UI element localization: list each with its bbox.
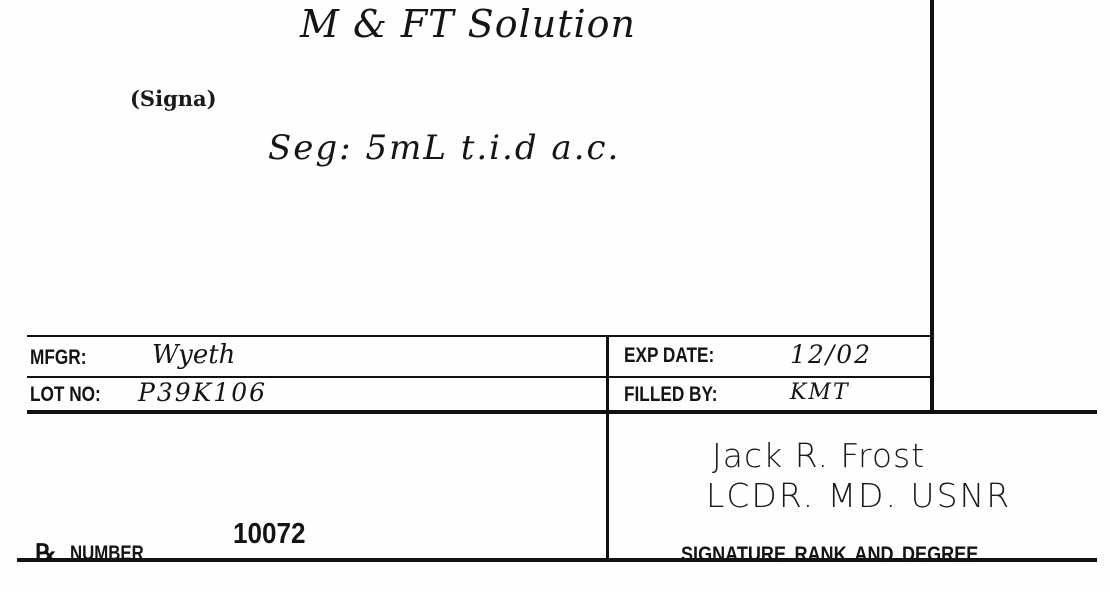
table-thick-line — [27, 410, 1097, 414]
rx-number-label: NUMBER — [70, 542, 144, 566]
filled-by-label: FILLED BY: — [624, 383, 717, 407]
lot-value: P39K106 — [138, 378, 267, 407]
right-border-line — [930, 0, 934, 414]
rx-symbol-icon: ℞ — [35, 538, 57, 567]
exp-date-value: 12/02 — [790, 340, 872, 369]
signature-rank: LCDR. MD. USNR — [706, 476, 1011, 515]
drug-name-handwritten: M & FT Solution — [300, 2, 636, 46]
table-top-line — [27, 335, 932, 337]
rx-number-value: 10072 — [233, 518, 306, 551]
mfgr-value: Wyeth — [152, 340, 235, 370]
mfgr-label: MFGR: — [30, 346, 86, 370]
signature-name: Jack R. Frost — [712, 436, 925, 475]
signa-label: (Signa) — [130, 86, 217, 111]
signature-caption: SIGNATURE RANK AND DEGREE — [681, 543, 978, 567]
lot-label: LOT NO: — [30, 383, 101, 407]
signa-handwritten: Seg: 5mL t.i.d a.c. — [268, 128, 620, 168]
filled-by-value: KMT — [790, 380, 850, 405]
center-divider-line — [606, 335, 609, 562]
exp-date-label: EXP DATE: — [624, 344, 714, 368]
